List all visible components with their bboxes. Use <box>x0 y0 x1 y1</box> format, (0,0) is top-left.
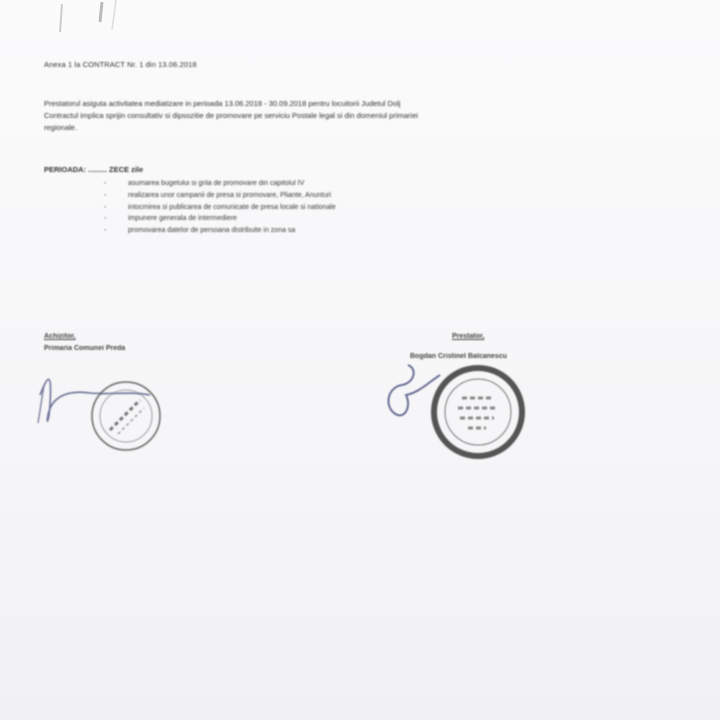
left-signatory-name: Primaria Comunei Preda <box>44 345 125 352</box>
paragraph-line: Contractul implica sprijin consultativ s… <box>44 110 674 122</box>
period-label: PERIOADA: ......... ZECE zile <box>44 165 143 174</box>
left-stamp <box>88 378 164 454</box>
list-item: impunere generala de intermediere <box>104 213 336 225</box>
list-item: intocmirea si publicarea de comunicate d… <box>104 202 336 214</box>
scanned-page: Anexa 1 la CONTRACT Nr. 1 din 13.06.2018… <box>0 0 720 720</box>
right-stamp <box>428 362 528 462</box>
paragraph-line: Prestatorul asiguta activitatea mediatiz… <box>44 98 674 110</box>
right-signatory-role: Prestator, <box>452 333 484 340</box>
left-signatory-role: Achizitor, <box>44 333 76 340</box>
scan-artifact-mark <box>50 0 130 40</box>
list-item: asumarea bugetului si grila de promovare… <box>104 178 336 190</box>
intro-paragraph: Prestatorul asiguta activitatea mediatiz… <box>44 98 674 134</box>
list-item: promovarea datelor de persoana distribui… <box>104 225 336 237</box>
document-header: Anexa 1 la CONTRACT Nr. 1 din 13.06.2018 <box>44 60 197 69</box>
activity-list: asumarea bugetului si grila de promovare… <box>104 178 336 237</box>
paragraph-line: regionale. <box>44 122 674 134</box>
list-item: realizarea unor campanii de presa si pro… <box>104 190 336 202</box>
